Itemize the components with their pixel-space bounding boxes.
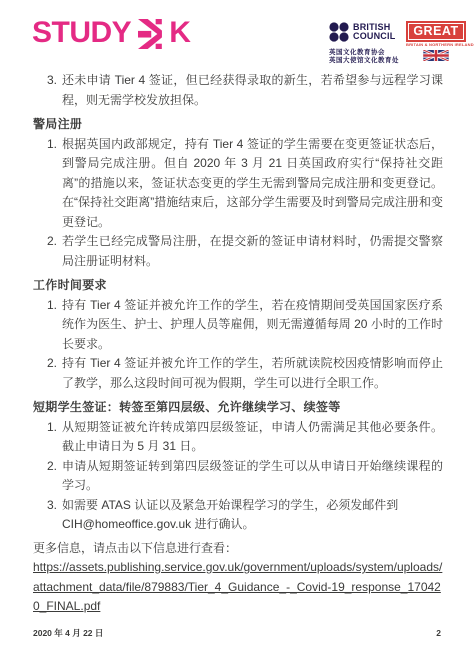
more-info-text: 更多信息，请点击以下信息进行查看： <box>33 539 443 559</box>
british-council-dots-icon <box>329 22 349 42</box>
list-item-text: 若学生已经完成警局注册，在提交新的签证申请材料时，仍需提交警察局注册证明材料。 <box>62 232 443 271</box>
list-item: 2. 若学生已经完成警局注册，在提交新的签证申请材料时，仍需提交警察局注册证明材… <box>33 232 443 271</box>
list-item: 1. 根据英国内政部规定，持有 Tier 4 签证的学生需要在变更签证状态后，到… <box>33 135 443 233</box>
study-uk-logo: STUDY K <box>32 16 190 50</box>
footer: 2020 年 4 月 22 日 2 <box>33 628 441 638</box>
list-item: 2. 申请从短期签证转到第四层级签证的学生可以从申请日开始继续课程的学习。 <box>33 457 443 496</box>
british-council-chinese-name: 英国文化教育协会 英国大使馆文化教育处 <box>329 49 399 65</box>
list-item-number: 1. <box>47 418 62 457</box>
great-subtext: BRITAIN & NORTHERN IRELAND <box>406 42 466 48</box>
great-wordmark: GREAT <box>406 21 466 42</box>
great-campaign-logo: GREAT BRITAIN & NORTHERN IRELAND <box>406 21 466 61</box>
list-item-number: 2. <box>47 232 62 271</box>
list-item-number: 2. <box>47 354 62 393</box>
british-council-cn-line2: 英国大使馆文化教育处 <box>329 57 399 65</box>
list-item-text: 持有 Tier 4 签证并被允许工作的学生，若所就读院校因疫情影响而停止了教学，… <box>62 354 443 393</box>
list-item: 2. 持有 Tier 4 签证并被允许工作的学生，若所就读院校因疫情影响而停止了… <box>33 354 443 393</box>
list-item: 1. 持有 Tier 4 签证并被允许工作的学生，若在疫情期间受英国国家医疗系统… <box>33 296 443 355</box>
footer-date: 2020 年 4 月 22 日 <box>33 628 103 638</box>
list-item-number: 2. <box>47 457 62 496</box>
list-item-number: 3. <box>47 71 62 110</box>
document-body: 3. 还未申请 Tier 4 签证，但已经获得录取的新生，若希望参与远程学习课程… <box>33 71 443 617</box>
union-jack-flag-icon <box>423 50 449 61</box>
british-council-cn-line1: 英国文化教育协会 <box>329 49 399 57</box>
list-item-text: 从短期签证被允许转成第四层级签证，申请人仍需满足其他必要条件。截止申请日为 5 … <box>62 418 443 457</box>
list-item-number: 1. <box>47 296 62 355</box>
list-item-text: 申请从短期签证转到第四层级签证的学生可以从申请日开始继续课程的学习。 <box>62 457 443 496</box>
study-uk-logo-k: K <box>169 16 190 50</box>
union-jack-u-icon <box>138 19 168 49</box>
section-heading-work-hours: 工作时间要求 <box>33 276 443 296</box>
section-heading-short-term-visa: 短期学生签证：转签至第四层级、允许继续学习、续签等 <box>33 398 443 418</box>
document-page: STUDY K <box>0 0 474 669</box>
list-item-text: 根据英国内政部规定，持有 Tier 4 签证的学生需要在变更签证状态后，到警局完… <box>62 135 443 233</box>
footer-page-number: 2 <box>436 628 441 638</box>
header: STUDY K <box>0 0 474 72</box>
british-council-logo: BRITISH COUNCIL 英国文化教育协会 英国大使馆文化教育处 <box>329 22 399 65</box>
list-item-text: 还未申请 Tier 4 签证，但已经获得录取的新生，若希望参与远程学习课程，则无… <box>62 71 443 110</box>
british-council-wordmark: BRITISH COUNCIL <box>353 23 395 42</box>
list-item-text: 如需要 ATAS 认证以及紧急开始课程学习的学生，必须发邮件到 CIH@home… <box>62 496 443 535</box>
section-heading-police-registration: 警局注册 <box>33 115 443 135</box>
study-uk-logo-text: STUDY <box>32 16 131 50</box>
list-item-text: 持有 Tier 4 签证并被允许工作的学生，若在疫情期间受英国国家医疗系统作为医… <box>62 296 443 355</box>
list-item-number: 1. <box>47 135 62 233</box>
guidance-pdf-link[interactable]: https://assets.publishing.service.gov.uk… <box>33 558 443 617</box>
list-item-intro: 3. 还未申请 Tier 4 签证，但已经获得录取的新生，若希望参与远程学习课程… <box>33 71 443 110</box>
list-item-number: 3. <box>47 496 62 535</box>
list-item: 3. 如需要 ATAS 认证以及紧急开始课程学习的学生，必须发邮件到 CIH@h… <box>33 496 443 535</box>
list-item: 1. 从短期签证被允许转成第四层级签证，申请人仍需满足其他必要条件。截止申请日为… <box>33 418 443 457</box>
british-council-line2: COUNCIL <box>353 32 395 42</box>
